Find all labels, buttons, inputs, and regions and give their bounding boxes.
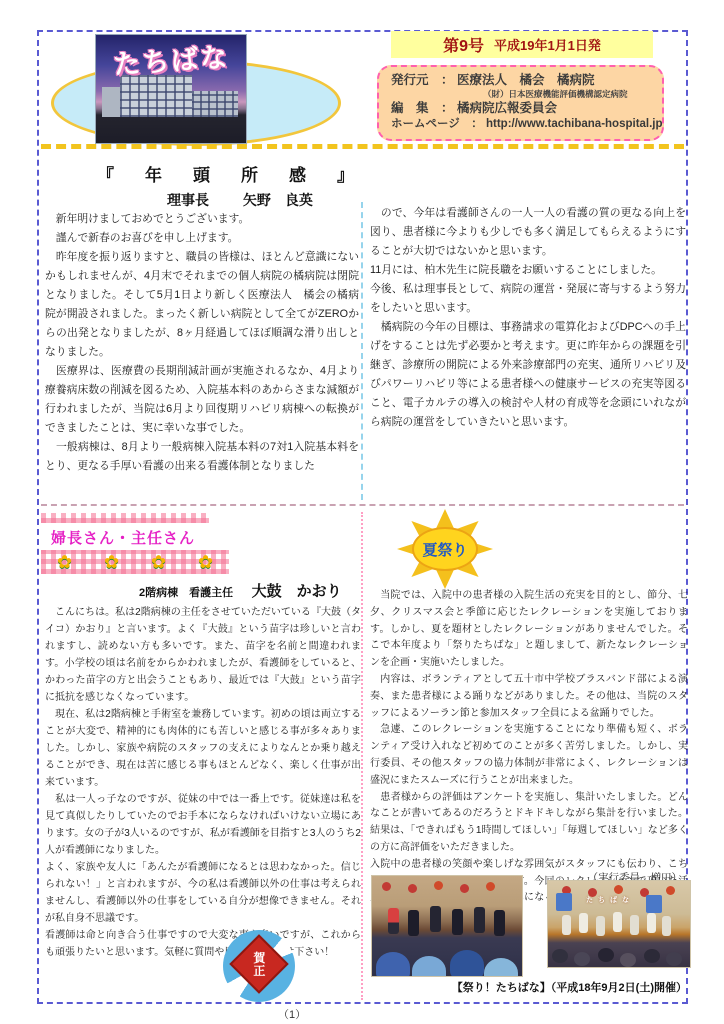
- staff-byline: 2階病棟 看護主任 大鼓 かおり: [139, 580, 342, 601]
- building-shape: [192, 91, 238, 117]
- publisher-label: 発行元 ：: [391, 72, 454, 89]
- festival-paragraph: 当院では、入院中の患者様の入院生活の充実を目的とし、節分、七夕、クリスマス会と季…: [370, 588, 688, 672]
- lead-article-right-column: ので、今年は看護師さんの一人一人の看護の質の更なる向上を図り、患者様に今よりも少…: [370, 204, 686, 432]
- flower-strip: ✿ ✿ ✿ ✿: [41, 550, 229, 574]
- yellow-divider: [41, 144, 684, 149]
- lead-paragraph: 橘病院の今年の目標は、事務請求の電算化およびDPCへの手上げをすることは先ず必要…: [370, 318, 686, 432]
- photo-audience: [376, 952, 410, 977]
- homepage-url[interactable]: http://www.tachibana-hospital.jp: [486, 118, 663, 130]
- building-shape: [102, 87, 122, 117]
- staff-paragraph: こんにちは。私は2階病棟の主任をさせていただいている『大鼓（タイコ）かおり』と言…: [45, 604, 361, 706]
- new-year-kite-icon: 賀正: [221, 928, 297, 1004]
- lead-paragraph: ので、今年は看護師さんの一人一人の看護の質の更なる向上を図り、患者様に今よりも少…: [370, 204, 686, 261]
- issue-badge: 第9号 平成19年1月1日発: [391, 31, 653, 58]
- page-number: （1）: [278, 1006, 306, 1022]
- editor-label: 編 集 ：: [391, 100, 454, 117]
- hospital-photo-image: たちばな: [95, 34, 247, 144]
- author-name: 矢野 良英: [243, 192, 313, 208]
- homepage-label: ホームページ ：: [391, 117, 483, 133]
- issue-date: 平成19年1月1日発: [494, 35, 601, 54]
- lead-article-left-column: 新年明けましておめでとうございます。 謹んで新春のお喜びを申し上げます。 昨年度…: [45, 210, 359, 476]
- lead-paragraph: 謹んで新春のお喜びを申し上げます。: [45, 229, 359, 248]
- staff-role: 2階病棟 看護主任: [139, 587, 233, 599]
- staff-paragraph: よく、家族や友人に「あんたが看護師になるとは思わなかった。信じられない！」と言わ…: [45, 859, 361, 927]
- flower-icon: ✿: [198, 553, 213, 571]
- festival-paragraph: 急遽、このレクレーションを実施することになり準備も短く、ボランティア受け入れなど…: [370, 722, 688, 789]
- bottom-column-divider: [361, 512, 363, 1000]
- page-frame: たちばな 第9号 平成19年1月1日発 発行元 ： 医療法人 橘会 橘病院 （財…: [37, 30, 688, 1004]
- lead-paragraph: 昨年度を振り返りますと、職員の皆様は、ほとんど意識にないかもしれませんが、4月末…: [45, 248, 359, 362]
- summer-festival-sun-icon: 夏祭り: [397, 509, 493, 589]
- festival-dance-photo: [371, 875, 523, 977]
- gingham-strip: [41, 513, 209, 523]
- photo-wall-text: たちばな: [586, 895, 634, 905]
- lead-paragraph: 11月には、柏木先生に院長職をお願いすることにしました。: [370, 261, 686, 280]
- section-divider: [41, 504, 684, 506]
- photo-audience: [552, 949, 568, 963]
- photo-decoration: [556, 893, 572, 911]
- lead-paragraph: 今後、私は理事長として、病院の運営・発展に寄与するよう努力をしたいと思います。: [370, 280, 686, 318]
- newsletter-logo-title: たちばな: [95, 34, 247, 83]
- photo-caption: 【祭り！たちばな】（平成18年9月2日(土)開催）: [339, 979, 687, 995]
- lead-paragraph: 一般病棟は、8月より一般病棟入院基本料の7対1入院基本料をとり、更なる手厚い看護…: [45, 438, 359, 476]
- staff-article-text: こんにちは。私は2階病棟の主任をさせていただいている『大鼓（タイコ）かおり』と言…: [45, 604, 361, 961]
- festival-band-photo: たちばな: [547, 880, 691, 968]
- sun-center-shape: 夏祭り: [412, 527, 478, 571]
- flower-icon: ✿: [104, 553, 119, 571]
- issue-number: 第9号: [443, 33, 484, 56]
- photo-band-members: [562, 915, 571, 935]
- author-title: 理事長: [167, 192, 209, 208]
- newsletter-page: { "page": { "number": "（1）" }, "masthead…: [0, 0, 724, 1024]
- photo-dancers: [388, 908, 399, 934]
- lead-article-author: 理事長 矢野 良英: [167, 190, 313, 210]
- staff-paragraph: 看護師は命と向き合う仕事ですので大変な事も多いですが、これからも頑張りたいと思い…: [45, 927, 361, 961]
- editor-value: 橘病院広報委員会: [457, 101, 557, 115]
- building-shape: [120, 75, 192, 117]
- flower-icon: ✿: [57, 553, 72, 571]
- publisher-value: 医療法人 橘会 橘病院: [457, 73, 595, 87]
- festival-section-title: 夏祭り: [422, 539, 467, 560]
- masthead-logo: たちばな: [51, 34, 343, 150]
- festival-paragraph: 内容は、ボランティアとして五十市中学校ブラスバンド部による演奏、また患者様による…: [370, 672, 688, 722]
- lead-paragraph: 医療界は、医療費の長期削減計画が実施されるなか、4月より療養病床数の削減を図るた…: [45, 362, 359, 438]
- flower-icon: ✿: [151, 553, 166, 571]
- lead-paragraph: 新年明けましておめでとうございます。: [45, 210, 359, 229]
- staff-paragraph: 現在、私は2階病棟と手術室を兼務しています。初めの頃は両立することが大変で、精神…: [45, 706, 361, 791]
- publisher-box: 発行元 ： 医療法人 橘会 橘病院 （財）日本医療機能評価機構認定病院 編 集 …: [377, 65, 664, 141]
- festival-paragraph: 患者様からの評価はアンケートを実施し、集計いたしました。どんなことが書いてあるの…: [370, 790, 688, 857]
- certification-note: （財）日本医療機能評価機構認定病院: [391, 89, 652, 100]
- photo-decoration: [382, 882, 391, 891]
- staff-name: 大鼓 かおり: [252, 583, 342, 600]
- column-divider: [361, 202, 363, 500]
- staff-paragraph: 私は一人っ子なのですが、従妹の中では一番上です。従妹達は私を見て真似したりしてい…: [45, 791, 361, 859]
- kite-greeting-label: 賀正: [251, 951, 268, 977]
- lead-article-title: 『 年 頭 所 感 』: [97, 161, 361, 186]
- staff-section-title: 婦長さん・主任さん: [51, 527, 195, 548]
